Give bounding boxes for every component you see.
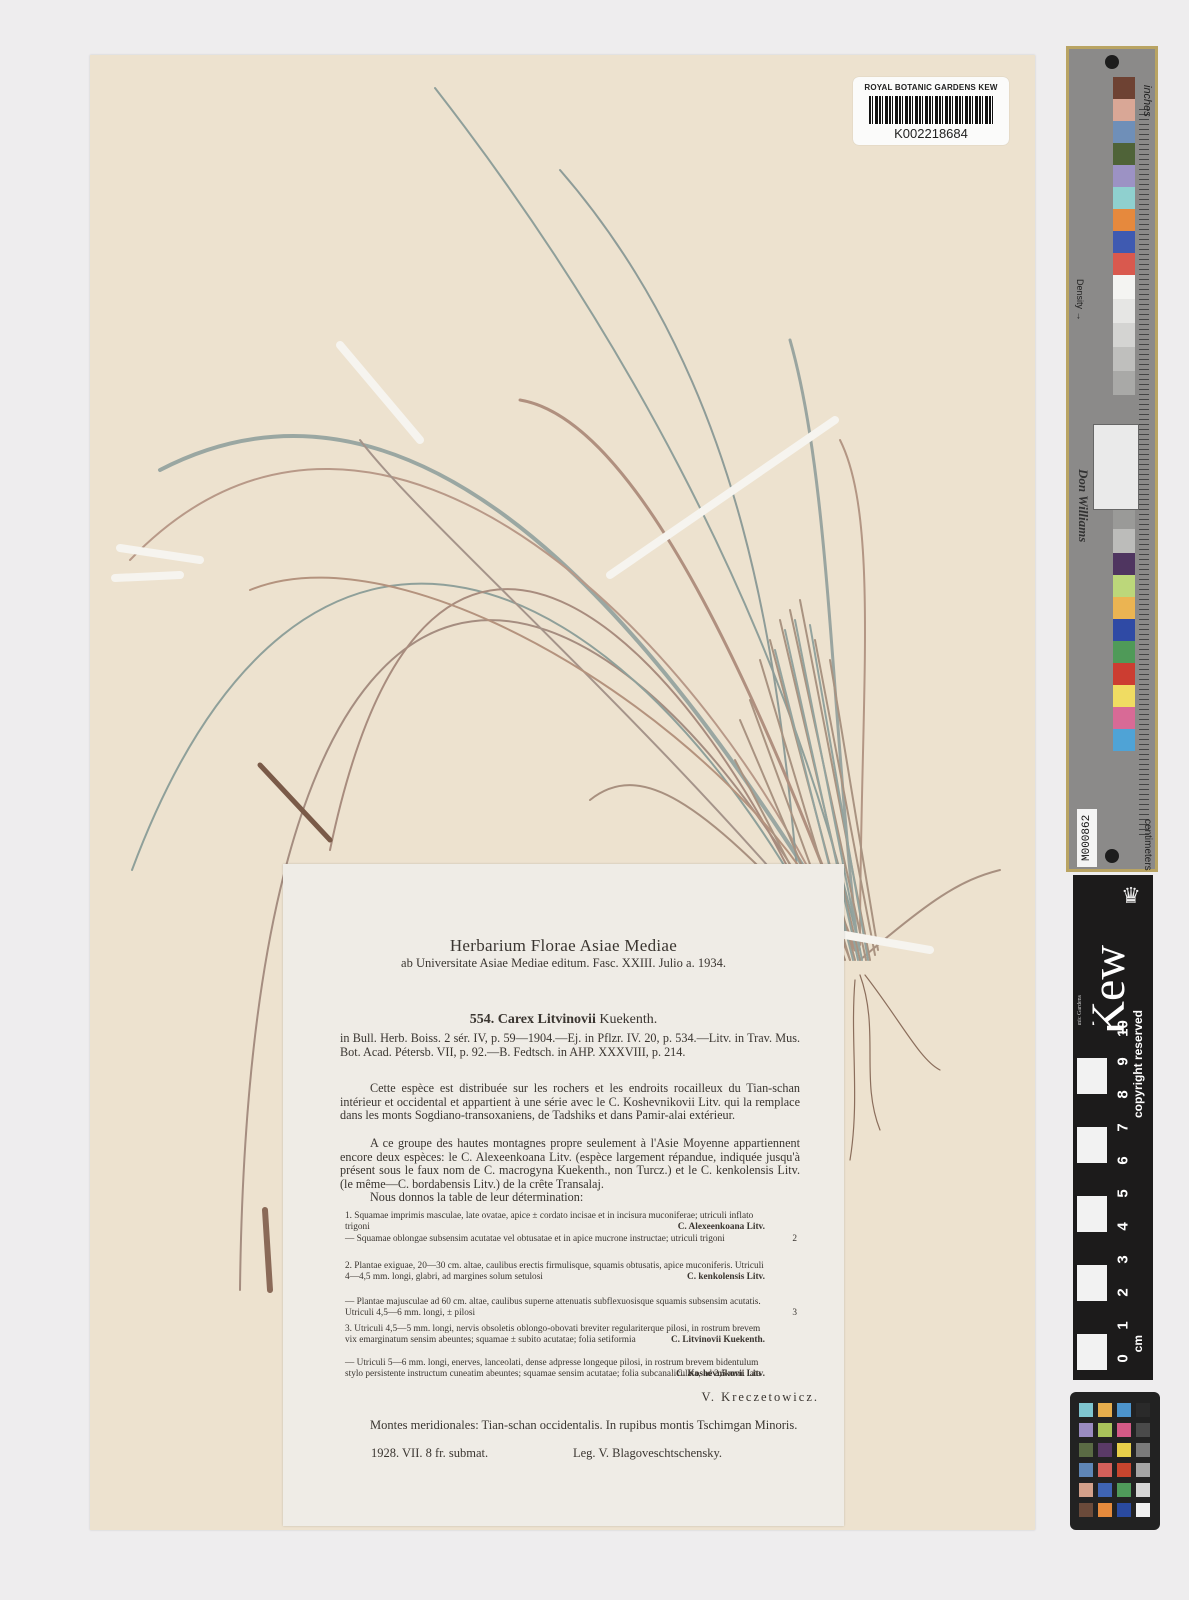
cm-digits: 109876543210: [1113, 1020, 1133, 1370]
grey-card: [1093, 424, 1139, 510]
key-couplet: — Plantae majusculae ad 60 cm. altae, ca…: [345, 1297, 765, 1318]
color-swatch: [1113, 299, 1135, 323]
checker-patch: [1136, 1483, 1150, 1497]
institution-name: ROYAL BOTANIC GARDENS KEW: [853, 83, 1009, 92]
centimeters-label: centimeters: [1142, 819, 1153, 871]
inches-label: inches: [1141, 85, 1153, 117]
color-swatches: [1113, 77, 1135, 751]
key-lead: — Squamae oblongae subsensim acutatae ve…: [345, 1234, 725, 1244]
key-result: C. Litvinovii Kuekenth.: [671, 1335, 765, 1346]
barcode-number: K002218684: [853, 126, 1009, 141]
brand-label: Don Williams: [1075, 469, 1091, 542]
color-swatch: [1113, 275, 1135, 299]
checker-patch: [1117, 1443, 1131, 1457]
color-swatch: [1113, 99, 1135, 121]
barcode-label: ROYAL BOTANIC GARDENS KEW K002218684: [853, 77, 1009, 145]
key-goto: 3: [792, 1308, 797, 1319]
scale-block: [1077, 1025, 1107, 1058]
cm-scale: [1077, 1025, 1107, 1370]
copyright-text: copyright reserved: [1131, 1010, 1145, 1118]
scale-digit: 2: [1115, 1283, 1132, 1303]
ruler-id: M000862: [1077, 809, 1097, 867]
color-swatch: [1113, 121, 1135, 143]
checker-patch: [1098, 1463, 1112, 1477]
description-paragraph-1: Cette espèce est distribuée sur les roch…: [340, 1082, 800, 1123]
scale-digit: 7: [1115, 1118, 1132, 1138]
checker-patch: [1117, 1483, 1131, 1497]
key-couplet: — Utriculi 5—6 mm. longi, enerves, lance…: [345, 1358, 765, 1379]
checker-patch: [1136, 1503, 1150, 1517]
scale-digit: 0: [1115, 1349, 1132, 1369]
taxon-number: 554.: [470, 1012, 495, 1027]
color-swatch: [1113, 165, 1135, 187]
registration-dot-icon: [1105, 55, 1119, 69]
label-subheader: ab Universitate Asiae Mediae editum. Fas…: [283, 956, 844, 971]
scale-digit: 6: [1115, 1151, 1132, 1171]
color-swatch: [1113, 231, 1135, 253]
checker-patch: [1098, 1443, 1112, 1457]
collector-name: Leg. V. Blagoveschtschensky.: [573, 1446, 722, 1461]
key-couplet: 1. Squamae imprimis masculae, late ovata…: [345, 1211, 765, 1232]
taxon-authority: Kuekenth.: [599, 1012, 657, 1027]
scale-digit: 5: [1115, 1184, 1132, 1204]
scale-digit: 3: [1115, 1250, 1132, 1270]
scale-digit: 9: [1115, 1052, 1132, 1072]
collection-date: 1928. VII. 8 fr. submat.: [371, 1446, 488, 1461]
checker-patch: [1079, 1503, 1093, 1517]
checker-patch: [1098, 1503, 1112, 1517]
key-result: C. kenkolensis Litv.: [687, 1272, 765, 1283]
color-swatch: [1113, 553, 1135, 575]
key-couplet: — Squamae oblongae subsensim acutatae ve…: [345, 1234, 765, 1245]
checker-patch: [1098, 1423, 1112, 1437]
description-paragraph-2: A ce groupe des hautes montagnes propre …: [340, 1137, 800, 1191]
color-swatch: [1113, 347, 1135, 371]
checker-patch: [1117, 1403, 1131, 1417]
key-result: C. Koshevnikovii Litv.: [676, 1369, 765, 1380]
scale-block: [1077, 1094, 1107, 1127]
color-swatch: [1113, 209, 1135, 231]
scale-block: [1077, 1232, 1107, 1265]
collector-label: Herbarium Florae Asiae Mediae ab Univers…: [283, 864, 844, 1526]
color-swatch: [1113, 187, 1135, 209]
scale-digit: 10: [1115, 1019, 1132, 1039]
crest-icon: ♛: [1117, 883, 1145, 923]
color-swatch: [1113, 77, 1135, 99]
scale-digit: 4: [1115, 1217, 1132, 1237]
color-swatch: [1113, 619, 1135, 641]
key-lead: — Plantae majusculae ad 60 cm. altae, ca…: [345, 1297, 761, 1318]
checker-patch: [1079, 1463, 1093, 1477]
color-checker: [1070, 1392, 1160, 1530]
checker-patch: [1136, 1423, 1150, 1437]
color-swatch: [1113, 663, 1135, 685]
references: in Bull. Herb. Boiss. 2 sér. IV, p. 59—1…: [340, 1032, 800, 1059]
color-swatch: [1113, 529, 1135, 553]
label-header: Herbarium Florae Asiae Mediae: [283, 936, 844, 956]
unit-label: cm: [1131, 1335, 1145, 1352]
color-swatch: [1113, 143, 1135, 165]
checker-patch: [1136, 1443, 1150, 1457]
kew-scale-bar: ♛ Kew Royal Botanic Gardens 109876543210…: [1073, 875, 1153, 1380]
ruler-ticks: [1139, 109, 1149, 839]
color-swatch: [1113, 597, 1135, 619]
color-swatch: [1113, 323, 1135, 347]
scale-digit: 8: [1115, 1085, 1132, 1105]
scale-block: [1077, 1301, 1107, 1334]
registration-dot-icon: [1105, 849, 1119, 863]
color-swatch: [1113, 253, 1135, 275]
checker-patch: [1079, 1443, 1093, 1457]
color-swatch: [1113, 641, 1135, 663]
key-couplet: 2. Plantae exiguae, 20—30 cm. altae, cau…: [345, 1261, 765, 1282]
checker-patch: [1079, 1403, 1093, 1417]
color-swatch: [1113, 685, 1135, 707]
color-swatch: [1113, 729, 1135, 751]
scale-block: [1077, 1163, 1107, 1196]
checker-patch: [1117, 1463, 1131, 1477]
checker-patch: [1079, 1423, 1093, 1437]
taxon-name: Carex Litvinovii: [498, 1012, 596, 1027]
checker-patch: [1098, 1403, 1112, 1417]
key-couplet: 3. Utriculi 4,5—5 mm. longi, nervis obso…: [345, 1324, 765, 1345]
checker-patch: [1117, 1503, 1131, 1517]
checker-patch: [1136, 1463, 1150, 1477]
color-swatch: [1113, 575, 1135, 597]
checker-patch: [1098, 1483, 1112, 1497]
key-goto: 2: [792, 1234, 797, 1245]
checker-patch: [1117, 1423, 1131, 1437]
color-ruler: inches centimeters Density → Don William…: [1066, 46, 1158, 872]
color-swatch: [1113, 707, 1135, 729]
description-paragraph-3: Nous donnos la table de leur déterminati…: [340, 1191, 800, 1205]
checker-patch: [1136, 1403, 1150, 1417]
taxon-title: 554. Carex Litvinovii Kuekenth.: [283, 1012, 844, 1028]
key-author: V. Kreczetowicz.: [702, 1390, 820, 1405]
locality: Montes meridionales: Tian-schan occident…: [340, 1419, 800, 1433]
density-label: Density →: [1075, 279, 1085, 321]
color-swatch: [1113, 371, 1135, 395]
scale-digit: 1: [1115, 1316, 1132, 1336]
key-result: C. Alexeenkoana Litv.: [678, 1222, 765, 1233]
barcode-icon: [869, 96, 994, 124]
checker-patch: [1079, 1483, 1093, 1497]
